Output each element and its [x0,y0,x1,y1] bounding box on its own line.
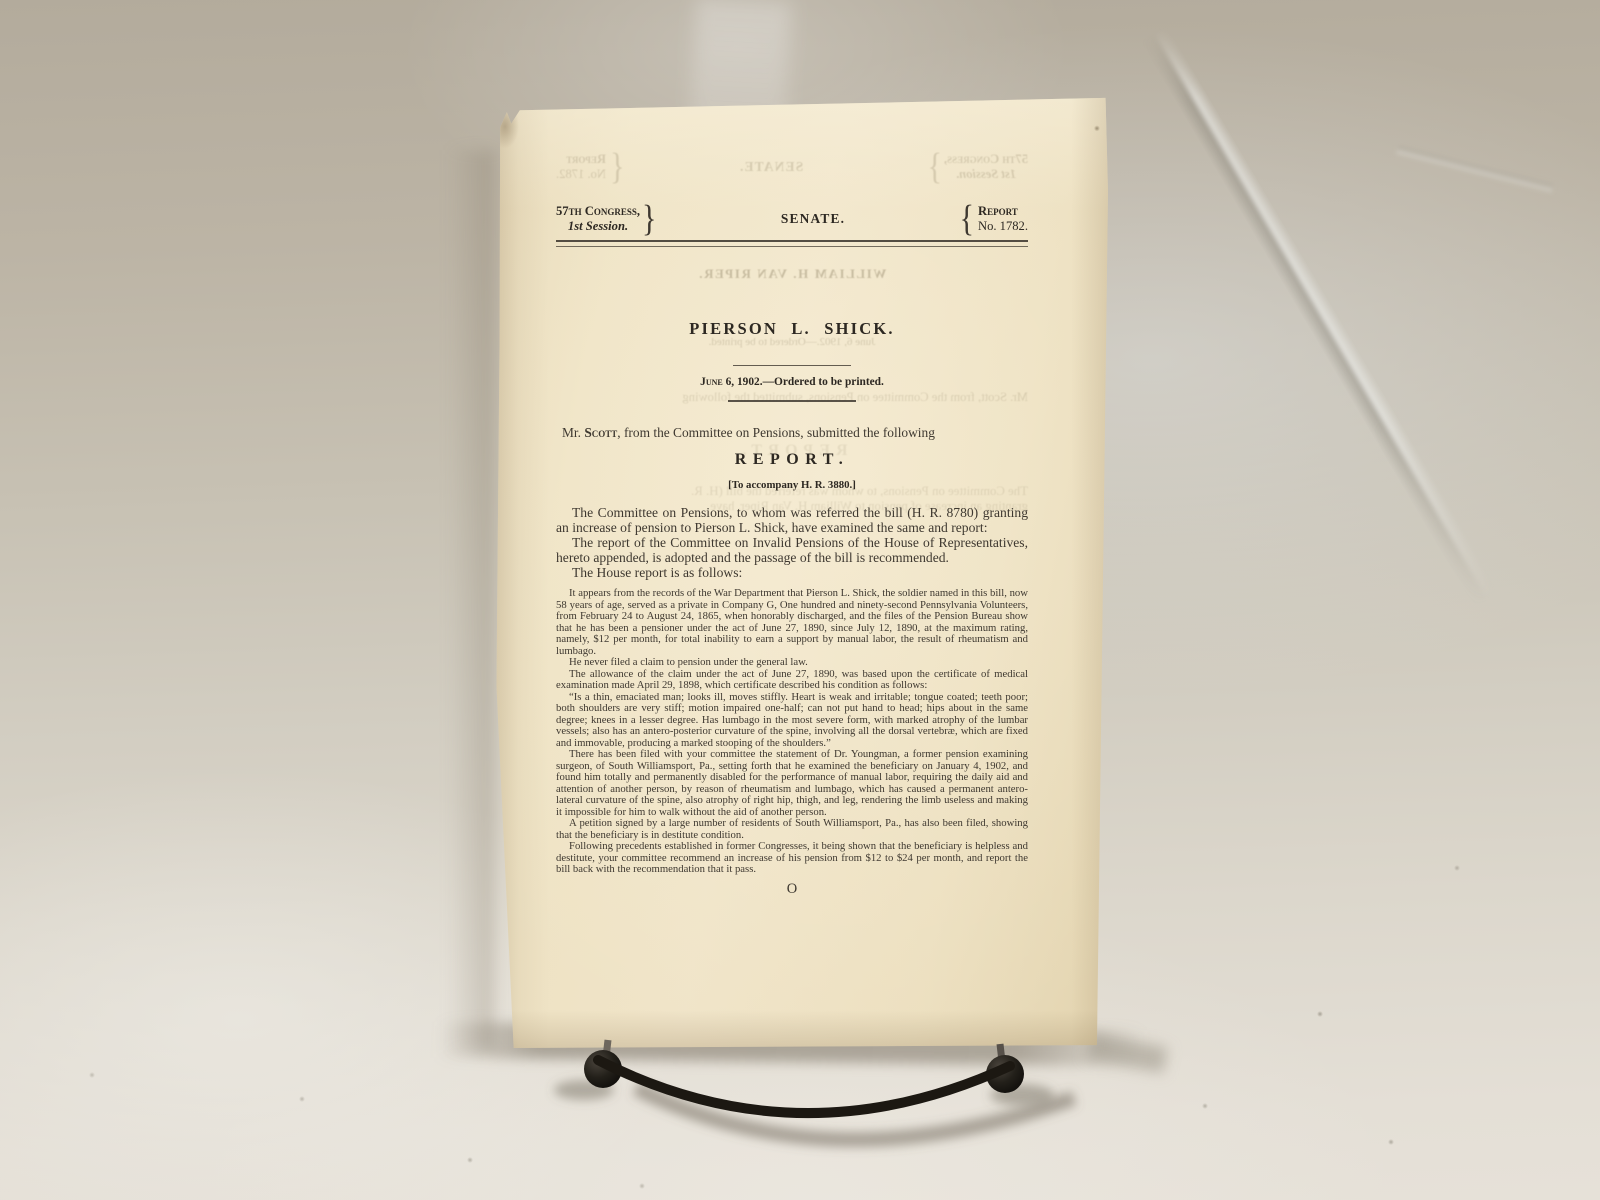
photo-scene: 57th Congress, 1st Session. } SENATE. { … [0,0,1600,1200]
paper-shadow-left [448,150,494,1050]
left-brace: } [642,200,656,238]
paragraph: Following precedents established in form… [556,841,1028,876]
session-line: 1st Session. [556,219,640,234]
masthead: 57th Congress, 1st Session. } SENATE. { … [556,204,1028,234]
date-line: June 6, 1902.—Ordered to be printed. [556,376,1028,388]
right-brace: { [960,200,974,238]
chamber-title: SENATE. [666,211,959,227]
paragraph: It appears from the records of the War D… [556,588,1028,657]
masthead-rule [556,240,1028,247]
paragraph: A petition signed by a large number of r… [556,818,1028,841]
report-label: Report [978,204,1028,219]
paragraph: There has been filed with your committee… [556,749,1028,818]
document-content: 57th Congress, 1st Session. } SENATE. { … [494,96,1108,1048]
paragraph: “Is a thin, emaciated man; looks ill, mo… [556,692,1028,750]
paragraph: The report of the Committee on Invalid P… [556,535,1028,565]
committee-report-block: The Committee on Pensions, to whom was r… [556,505,1028,580]
separator-rule-top [733,365,851,366]
paragraph: He never filed a claim to pension under … [556,657,1028,669]
submission-line: Mr. Scott, from the Committee on Pension… [556,425,1028,441]
accompany-line: [To accompany H. R. 3880.] [556,479,1028,491]
report-heading: REPORT. [556,451,1028,469]
paragraph: The allowance of the claim under the act… [556,669,1028,692]
house-report-block: It appears from the records of the War D… [556,588,1028,876]
report-number-block: Report No. 1782. [978,204,1028,233]
page-title: PIERSON L. SHICK. [556,319,1028,339]
paragraph: The Committee on Pensions, to whom was r… [556,505,1028,535]
paragraph: The House report is as follows: [556,565,1028,580]
separator-rule-bottom [728,400,856,402]
congress-block: 57th Congress, 1st Session. [556,204,640,233]
document-page: 57th Congress, 1st Session. } SENATE. { … [494,96,1108,1048]
report-number: No. 1782. [978,219,1028,234]
end-mark-circle: O [556,881,1028,898]
congress-line: 57th Congress, [556,204,640,219]
